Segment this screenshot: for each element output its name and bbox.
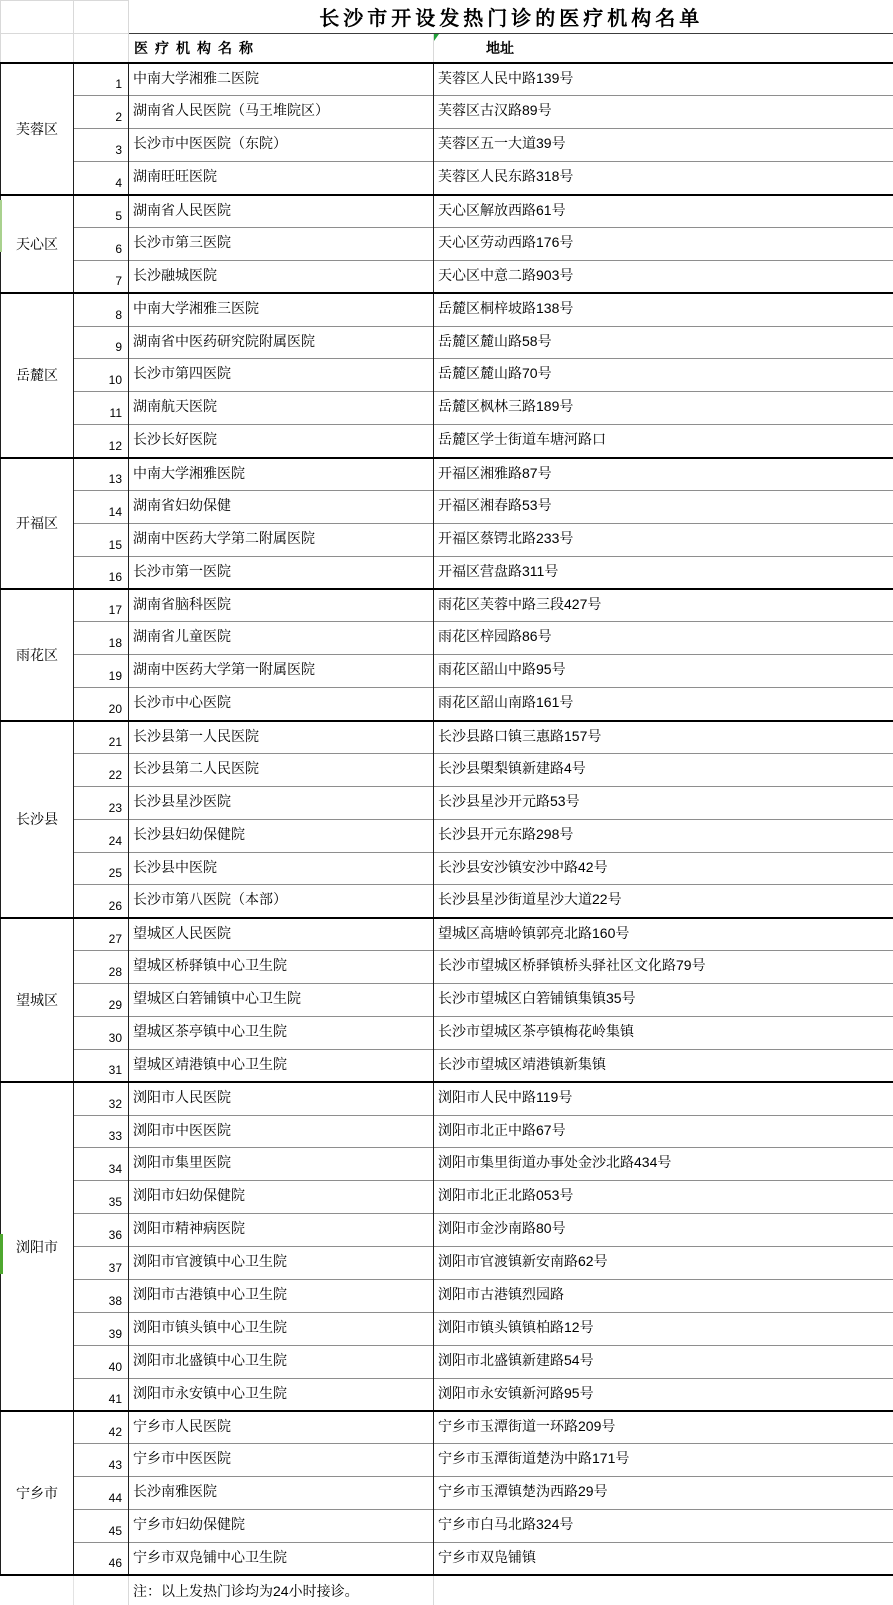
blank-cell[interactable] (1, 1575, 74, 1605)
row-number-cell[interactable]: 40 (74, 1345, 129, 1378)
blank-cell[interactable] (434, 1575, 893, 1605)
institution-name-cell[interactable]: 浏阳市永安镇中心卫生院 (129, 1378, 434, 1411)
table-row: 20长沙市中心医院雨花区韶山南路161号 (1, 688, 893, 721)
institution-name-cell[interactable]: 宁乡市人民医院 (129, 1411, 434, 1444)
address-cell[interactable]: 长沙市望城区靖港镇新集镇 (434, 1049, 893, 1082)
institution-name-cell[interactable]: 长沙市第四医院 (129, 359, 434, 392)
table-row: 岳麓区8中南大学湘雅三医院岳麓区桐梓坡路138号 (1, 293, 893, 326)
address-cell[interactable]: 雨花区芙蓉中路三段427号 (434, 589, 893, 622)
table-row: 31望城区靖港镇中心卫生院长沙市望城区靖港镇新集镇 (1, 1049, 893, 1082)
address-cell[interactable]: 宁乡市玉潭街道楚沩中路171号 (434, 1444, 893, 1477)
institution-name-cell[interactable]: 浏阳市官渡镇中心卫生院 (129, 1247, 434, 1280)
column-header-address[interactable]: 地址 (434, 33, 893, 63)
address-cell[interactable]: 开福区营盘路311号 (434, 556, 893, 589)
row-number-cell[interactable]: 20 (74, 688, 129, 721)
district-cell[interactable]: 长沙县 (1, 721, 74, 918)
left-edge-green-strip-top (0, 200, 2, 252)
row-number-cell[interactable]: 10 (74, 359, 129, 392)
district-cell[interactable]: 芙蓉区 (1, 63, 74, 195)
left-edge-green-strip-bottom (0, 1234, 3, 1274)
institution-name-cell[interactable]: 湖南中医药大学第一附属医院 (129, 655, 434, 688)
table-row: 开福区13中南大学湘雅医院开福区湘雅路87号 (1, 458, 893, 491)
table-row: 46宁乡市双凫铺中心卫生院宁乡市双凫铺镇 (1, 1542, 893, 1575)
table-row: 30望城区茶亭镇中心卫生院长沙市望城区茶亭镇梅花岭集镇 (1, 1016, 893, 1049)
footer-note[interactable]: 注：以上发热门诊均为24小时接诊。 (129, 1575, 434, 1605)
row-number-cell[interactable]: 46 (74, 1542, 129, 1575)
address-cell[interactable]: 长沙县安沙镇安沙中路42号 (434, 852, 893, 885)
institution-name-cell[interactable]: 长沙长好医院 (129, 425, 434, 458)
row-number-cell[interactable]: 36 (74, 1214, 129, 1247)
table-row: 19湖南中医药大学第一附属医院雨花区韶山中路95号 (1, 655, 893, 688)
row-number-cell[interactable]: 44 (74, 1477, 129, 1510)
table-row: 24长沙县妇幼保健院长沙县开元东路298号 (1, 819, 893, 852)
institution-name-cell[interactable]: 长沙融城医院 (129, 260, 434, 293)
address-cell[interactable]: 浏阳市古港镇烈园路 (434, 1279, 893, 1312)
district-cell[interactable]: 浏阳市 (1, 1082, 74, 1411)
institution-name-cell[interactable]: 望城区桥驿镇中心卫生院 (129, 951, 434, 984)
institution-name-cell[interactable]: 望城区靖港镇中心卫生院 (129, 1049, 434, 1082)
table-row: 望城区27望城区人民医院望城区高塘岭镇郭亮北路160号 (1, 918, 893, 951)
institution-name-cell[interactable]: 长沙市第一医院 (129, 556, 434, 589)
row-number-cell[interactable]: 28 (74, 951, 129, 984)
district-cell[interactable]: 天心区 (1, 195, 74, 294)
row-number-cell[interactable]: 39 (74, 1312, 129, 1345)
row-number-cell[interactable]: 24 (74, 819, 129, 852)
district-cell[interactable]: 开福区 (1, 458, 74, 590)
table-row: 43宁乡市中医医院宁乡市玉潭街道楚沩中路171号 (1, 1444, 893, 1477)
institution-name-cell[interactable]: 长沙市中心医院 (129, 688, 434, 721)
institution-name-cell[interactable]: 长沙市第三医院 (129, 227, 434, 260)
table-row: 长沙县21长沙县第一人民医院长沙县路口镇三惠路157号 (1, 721, 893, 754)
address-cell[interactable]: 雨花区韶山中路95号 (434, 655, 893, 688)
row-number-cell[interactable]: 22 (74, 753, 129, 786)
row-number-cell[interactable]: 42 (74, 1411, 129, 1444)
footer-row: 注：以上发热门诊均为24小时接诊。 (1, 1575, 893, 1605)
row-number-cell[interactable]: 1 (74, 63, 129, 96)
institution-name-cell[interactable]: 湖南航天医院 (129, 392, 434, 425)
row-number-cell[interactable]: 19 (74, 655, 129, 688)
table-row: 3长沙市中医医院（东院）芙蓉区五一大道39号 (1, 129, 893, 162)
address-cell[interactable]: 长沙县开元东路298号 (434, 819, 893, 852)
row-number-cell[interactable]: 30 (74, 1016, 129, 1049)
table-row: 34浏阳市集里医院浏阳市集里街道办事处金沙北路434号 (1, 1148, 893, 1181)
blank-cell[interactable] (1, 33, 74, 63)
institution-name-cell[interactable]: 长沙县第二人民医院 (129, 753, 434, 786)
institution-name-cell[interactable]: 宁乡市双凫铺中心卫生院 (129, 1542, 434, 1575)
district-cell[interactable]: 雨花区 (1, 589, 74, 721)
institution-name-cell[interactable]: 宁乡市中医医院 (129, 1444, 434, 1477)
row-number-cell[interactable]: 4 (74, 162, 129, 195)
table-row: 2湖南省人民医院（马王堆院区）芙蓉区古汉路89号 (1, 96, 893, 129)
institution-name-cell[interactable]: 浏阳市镇头镇中心卫生院 (129, 1312, 434, 1345)
address-cell[interactable]: 望城区高塘岭镇郭亮北路160号 (434, 918, 893, 951)
institution-name-cell[interactable]: 湖南旺旺医院 (129, 162, 434, 195)
row-number-cell[interactable]: 6 (74, 227, 129, 260)
institution-name-cell[interactable]: 中南大学湘雅三医院 (129, 293, 434, 326)
table-row: 芙蓉区1中南大学湘雅二医院芙蓉区人民中路139号 (1, 63, 893, 96)
district-cell[interactable]: 宁乡市 (1, 1411, 74, 1575)
institution-name-cell[interactable]: 湖南省妇幼保健 (129, 490, 434, 523)
address-cell[interactable]: 开福区湘雅路87号 (434, 458, 893, 491)
address-cell[interactable]: 浏阳市北正北路053号 (434, 1181, 893, 1214)
table-row: 35浏阳市妇幼保健院浏阳市北正北路053号 (1, 1181, 893, 1214)
table-row: 29望城区白箬铺镇中心卫生院长沙市望城区白箬铺镇集镇35号 (1, 984, 893, 1017)
row-number-cell[interactable]: 21 (74, 721, 129, 754)
row-number-cell[interactable]: 34 (74, 1148, 129, 1181)
row-number-cell[interactable]: 8 (74, 293, 129, 326)
row-number-cell[interactable]: 11 (74, 392, 129, 425)
column-header-institution[interactable]: 医疗机构名称 (129, 33, 434, 63)
address-cell[interactable]: 天心区解放西路61号 (434, 195, 893, 228)
fever-clinic-table: 长沙市开设发热门诊的医疗机构名单 医疗机构名称 地址 芙蓉区1中南大学湘雅二医院… (0, 0, 893, 1605)
institution-name-cell[interactable]: 浏阳市中医医院 (129, 1115, 434, 1148)
error-marker-icon (434, 34, 440, 41)
institution-name-cell[interactable]: 浏阳市精神病医院 (129, 1214, 434, 1247)
address-cell[interactable]: 长沙市望城区桥驿镇桥头驿社区文化路79号 (434, 951, 893, 984)
address-cell[interactable]: 浏阳市集里街道办事处金沙北路434号 (434, 1148, 893, 1181)
row-number-cell[interactable]: 27 (74, 918, 129, 951)
address-cell[interactable]: 芙蓉区人民中路139号 (434, 63, 893, 96)
blank-cell[interactable] (1, 1, 74, 34)
table-row: 25长沙县中医院长沙县安沙镇安沙中路42号 (1, 852, 893, 885)
row-number-cell[interactable]: 17 (74, 589, 129, 622)
table-row: 38浏阳市古港镇中心卫生院浏阳市古港镇烈园路 (1, 1279, 893, 1312)
institution-name-cell[interactable]: 湖南省儿童医院 (129, 622, 434, 655)
institution-name-cell[interactable]: 长沙县中医院 (129, 852, 434, 885)
institution-name-cell[interactable]: 宁乡市妇幼保健院 (129, 1510, 434, 1543)
table-row: 10长沙市第四医院岳麓区麓山路70号 (1, 359, 893, 392)
address-cell[interactable]: 长沙县㮾梨镇新建路4号 (434, 753, 893, 786)
spreadsheet-page: 长沙市开设发热门诊的医疗机构名单 医疗机构名称 地址 芙蓉区1中南大学湘雅二医院… (0, 0, 893, 1605)
row-number-cell[interactable]: 31 (74, 1049, 129, 1082)
table-row: 11湖南航天医院岳麓区枫林三路189号 (1, 392, 893, 425)
row-number-cell[interactable]: 2 (74, 96, 129, 129)
row-number-cell[interactable]: 43 (74, 1444, 129, 1477)
institution-name-cell[interactable]: 长沙市第八医院（本部） (129, 885, 434, 918)
page-title[interactable]: 长沙市开设发热门诊的医疗机构名单 (129, 1, 893, 34)
institution-name-cell[interactable]: 浏阳市人民医院 (129, 1082, 434, 1115)
blank-cell[interactable] (74, 1575, 129, 1605)
address-cell[interactable]: 浏阳市北正中路67号 (434, 1115, 893, 1148)
address-cell[interactable]: 雨花区梓园路86号 (434, 622, 893, 655)
address-cell[interactable]: 浏阳市永安镇新河路95号 (434, 1378, 893, 1411)
table-row: 36浏阳市精神病医院浏阳市金沙南路80号 (1, 1214, 893, 1247)
address-cell[interactable]: 浏阳市人民中路119号 (434, 1082, 893, 1115)
institution-name-cell[interactable]: 浏阳市古港镇中心卫生院 (129, 1279, 434, 1312)
header-row: 医疗机构名称 地址 (1, 33, 893, 63)
institution-name-cell[interactable]: 望城区白箬铺镇中心卫生院 (129, 984, 434, 1017)
table-row: 雨花区17湖南省脑科医院雨花区芙蓉中路三段427号 (1, 589, 893, 622)
address-cell[interactable]: 芙蓉区人民东路318号 (434, 162, 893, 195)
table-row: 天心区5湖南省人民医院天心区解放西路61号 (1, 195, 893, 228)
address-cell[interactable]: 芙蓉区古汉路89号 (434, 96, 893, 129)
district-cell[interactable]: 岳麓区 (1, 293, 74, 457)
row-number-cell[interactable]: 12 (74, 425, 129, 458)
address-cell[interactable]: 开福区湘春路53号 (434, 490, 893, 523)
table-row: 18湖南省儿童医院雨花区梓园路86号 (1, 622, 893, 655)
address-cell[interactable]: 浏阳市金沙南路80号 (434, 1214, 893, 1247)
district-cell[interactable]: 望城区 (1, 918, 74, 1082)
row-number-cell[interactable]: 32 (74, 1082, 129, 1115)
institution-name-cell[interactable]: 长沙县星沙医院 (129, 786, 434, 819)
address-cell[interactable]: 岳麓区桐梓坡路138号 (434, 293, 893, 326)
table-row: 45宁乡市妇幼保健院宁乡市白马北路324号 (1, 1510, 893, 1543)
institution-name-cell[interactable]: 湖南省中医药研究院附属医院 (129, 326, 434, 359)
institution-name-cell[interactable]: 望城区人民医院 (129, 918, 434, 951)
table-row: 15湖南中医药大学第二附属医院开福区蔡锷北路233号 (1, 523, 893, 556)
table-row: 宁乡市42宁乡市人民医院宁乡市玉潭街道一环路209号 (1, 1411, 893, 1444)
address-cell[interactable]: 长沙县路口镇三惠路157号 (434, 721, 893, 754)
table-row: 14湖南省妇幼保健开福区湘春路53号 (1, 490, 893, 523)
row-number-cell[interactable]: 16 (74, 556, 129, 589)
institution-name-cell[interactable]: 长沙县第一人民医院 (129, 721, 434, 754)
address-cell[interactable]: 岳麓区枫林三路189号 (434, 392, 893, 425)
institution-name-cell[interactable]: 浏阳市集里医院 (129, 1148, 434, 1181)
address-cell[interactable]: 宁乡市玉潭镇楚沩西路29号 (434, 1477, 893, 1510)
institution-name-cell[interactable]: 湖南省人民医院（马王堆院区） (129, 96, 434, 129)
row-number-cell[interactable]: 25 (74, 852, 129, 885)
address-cell[interactable]: 浏阳市北盛镇新建路54号 (434, 1345, 893, 1378)
row-number-cell[interactable]: 5 (74, 195, 129, 228)
row-number-cell[interactable]: 9 (74, 326, 129, 359)
table-row: 12长沙长好医院岳麓区学士街道车塘河路口 (1, 425, 893, 458)
row-number-cell[interactable]: 37 (74, 1247, 129, 1280)
row-number-cell[interactable]: 35 (74, 1181, 129, 1214)
row-number-cell[interactable]: 15 (74, 523, 129, 556)
row-number-cell[interactable]: 38 (74, 1279, 129, 1312)
address-cell[interactable]: 宁乡市双凫铺镇 (434, 1542, 893, 1575)
address-cell[interactable]: 芙蓉区五一大道39号 (434, 129, 893, 162)
address-cell[interactable]: 宁乡市玉潭街道一环路209号 (434, 1411, 893, 1444)
institution-name-cell[interactable]: 中南大学湘雅医院 (129, 458, 434, 491)
table-row: 4湖南旺旺医院芙蓉区人民东路318号 (1, 162, 893, 195)
blank-cell[interactable] (74, 1, 129, 34)
institution-name-cell[interactable]: 长沙县妇幼保健院 (129, 819, 434, 852)
address-cell[interactable]: 开福区蔡锷北路233号 (434, 523, 893, 556)
column-header-address-label: 地址 (486, 40, 514, 56)
table-row: 33浏阳市中医医院浏阳市北正中路67号 (1, 1115, 893, 1148)
row-number-cell[interactable]: 23 (74, 786, 129, 819)
institution-name-cell[interactable]: 湖南中医药大学第二附属医院 (129, 523, 434, 556)
address-cell[interactable]: 天心区劳动西路176号 (434, 227, 893, 260)
title-row: 长沙市开设发热门诊的医疗机构名单 (1, 1, 893, 34)
table-row: 39浏阳市镇头镇中心卫生院浏阳市镇头镇镇柏路12号 (1, 1312, 893, 1345)
table-row: 9湖南省中医药研究院附属医院岳麓区麓山路58号 (1, 326, 893, 359)
table-row: 7长沙融城医院天心区中意二路903号 (1, 260, 893, 293)
institution-name-cell[interactable]: 长沙市中医医院（东院） (129, 129, 434, 162)
table-row: 37浏阳市官渡镇中心卫生院浏阳市官渡镇新安南路62号 (1, 1247, 893, 1280)
address-cell[interactable]: 岳麓区麓山路70号 (434, 359, 893, 392)
institution-name-cell[interactable]: 浏阳市妇幼保健院 (129, 1181, 434, 1214)
table-row: 22长沙县第二人民医院长沙县㮾梨镇新建路4号 (1, 753, 893, 786)
table-row: 28望城区桥驿镇中心卫生院长沙市望城区桥驿镇桥头驿社区文化路79号 (1, 951, 893, 984)
row-number-cell[interactable]: 41 (74, 1378, 129, 1411)
blank-cell[interactable] (74, 33, 129, 63)
table-row: 16长沙市第一医院开福区营盘路311号 (1, 556, 893, 589)
institution-name-cell[interactable]: 浏阳市北盛镇中心卫生院 (129, 1345, 434, 1378)
address-cell[interactable]: 浏阳市镇头镇镇柏路12号 (434, 1312, 893, 1345)
row-number-cell[interactable]: 18 (74, 622, 129, 655)
institution-name-cell[interactable]: 长沙南雅医院 (129, 1477, 434, 1510)
address-cell[interactable]: 长沙县星沙街道星沙大道22号 (434, 885, 893, 918)
row-number-cell[interactable]: 13 (74, 458, 129, 491)
address-cell[interactable]: 长沙市望城区茶亭镇梅花岭集镇 (434, 1016, 893, 1049)
address-cell[interactable]: 雨花区韶山南路161号 (434, 688, 893, 721)
row-number-cell[interactable]: 29 (74, 984, 129, 1017)
row-number-cell[interactable]: 14 (74, 490, 129, 523)
address-cell[interactable]: 浏阳市官渡镇新安南路62号 (434, 1247, 893, 1280)
table-row: 浏阳市32浏阳市人民医院浏阳市人民中路119号 (1, 1082, 893, 1115)
table-row: 41浏阳市永安镇中心卫生院浏阳市永安镇新河路95号 (1, 1378, 893, 1411)
row-number-cell[interactable]: 7 (74, 260, 129, 293)
row-number-cell[interactable]: 33 (74, 1115, 129, 1148)
table-row: 6长沙市第三医院天心区劳动西路176号 (1, 227, 893, 260)
address-cell[interactable]: 岳麓区麓山路58号 (434, 326, 893, 359)
table-row: 40浏阳市北盛镇中心卫生院浏阳市北盛镇新建路54号 (1, 1345, 893, 1378)
row-number-cell[interactable]: 45 (74, 1510, 129, 1543)
row-number-cell[interactable]: 26 (74, 885, 129, 918)
address-cell[interactable]: 长沙市望城区白箬铺镇集镇35号 (434, 984, 893, 1017)
address-cell[interactable]: 长沙县星沙开元路53号 (434, 786, 893, 819)
row-number-cell[interactable]: 3 (74, 129, 129, 162)
address-cell[interactable]: 岳麓区学士街道车塘河路口 (434, 425, 893, 458)
table-row: 44长沙南雅医院宁乡市玉潭镇楚沩西路29号 (1, 1477, 893, 1510)
institution-name-cell[interactable]: 中南大学湘雅二医院 (129, 63, 434, 96)
institution-name-cell[interactable]: 望城区茶亭镇中心卫生院 (129, 1016, 434, 1049)
table-row: 23长沙县星沙医院长沙县星沙开元路53号 (1, 786, 893, 819)
address-cell[interactable]: 天心区中意二路903号 (434, 260, 893, 293)
institution-name-cell[interactable]: 湖南省脑科医院 (129, 589, 434, 622)
institution-name-cell[interactable]: 湖南省人民医院 (129, 195, 434, 228)
table-row: 26长沙市第八医院（本部）长沙县星沙街道星沙大道22号 (1, 885, 893, 918)
address-cell[interactable]: 宁乡市白马北路324号 (434, 1510, 893, 1543)
